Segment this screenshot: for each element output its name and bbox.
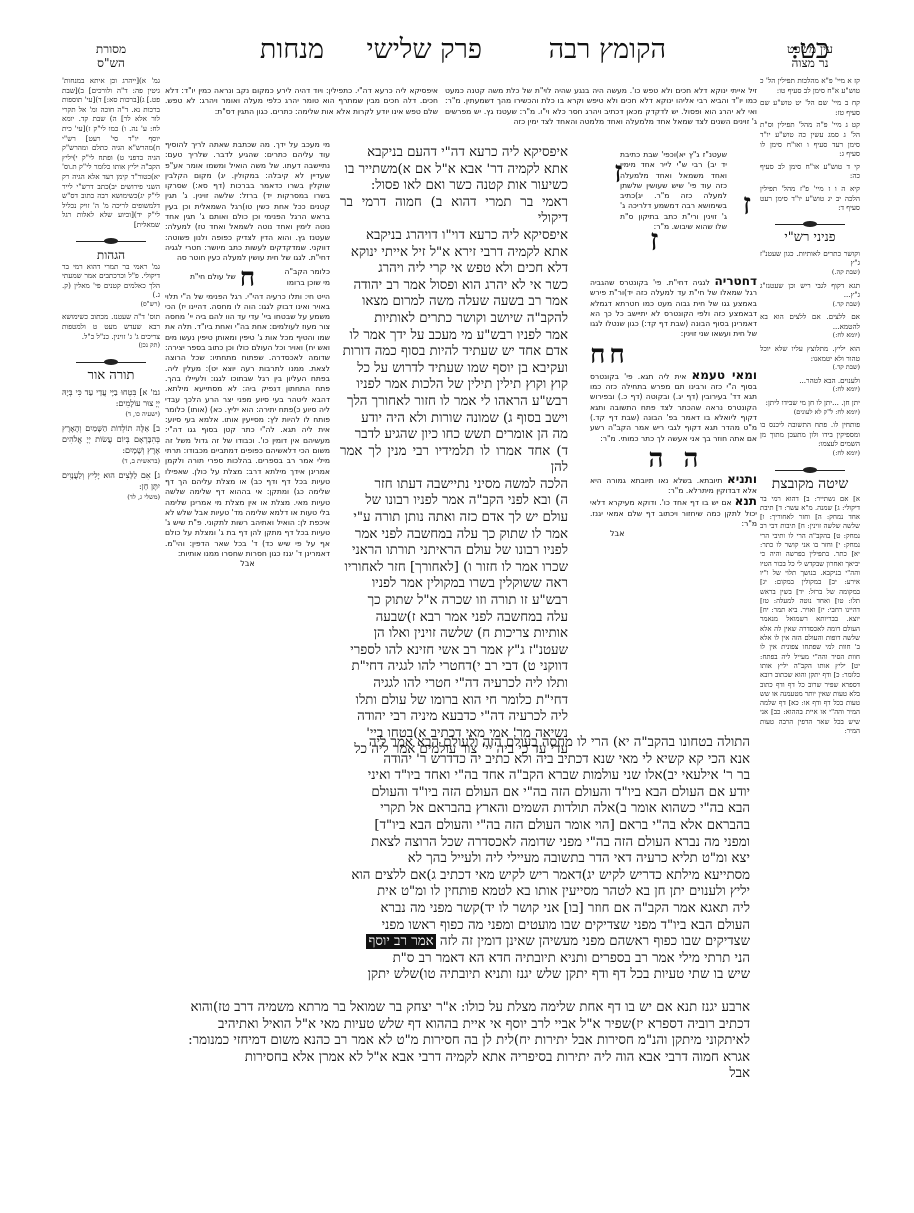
het-figure: כלומר הקב"ה מי שוכן ברומו ח של עולם חי"ת	[165, 265, 330, 291]
pnei-rashi-entries: וקושר כתרים לאותיות. כגון שעטנ"ז ג"ץ(שבת…	[760, 249, 860, 459]
gemara-line: איפסיקא ליה כרעא דוי"ו דויהרג בניקבא	[340, 228, 568, 245]
gemara-line: אמר רב בשעה שעלה משה למרום מצאו	[340, 294, 568, 311]
header-tractate: מנחות	[260, 34, 324, 66]
shita-mekubetzet-title: שיטה מקובצת	[760, 477, 860, 491]
gemara-line: התולה בטחונו בהקב"ה יא) הרי לו מחסה בעול…	[340, 735, 750, 752]
tagin-figures: שעטנ"ז ג"ץ יא)וכפי' שבת כתיבת יד יב) רבי…	[590, 150, 757, 268]
pnei-rashi-title: פניני רש"י	[760, 231, 860, 245]
gemara-bottom-wide: ארבע יגנז תנא אם יש בו דף אחת שלימה מצלת…	[185, 1000, 750, 1083]
hagahot-entry: גמ' ראמי בר תמרי דהוא רמי בר דיקולי. פ"ל…	[62, 262, 160, 310]
rashi-top-text: איפסיקא ליה כרעא דה"י. כתפילין: ויוד דהי…	[165, 86, 438, 117]
ein-mishpat-entry: קז א מיי' פ"א מהלכות תפילין הל' כ טוש"ע …	[760, 76, 860, 95]
gemara-column: איפסיקא ליה כרעא דה"י דהעם בניקבא אתא לק…	[340, 145, 568, 759]
gemara-line: לאיתקוני מיתקן והנ"מ חסירות אבל יתירות י…	[185, 1033, 750, 1050]
rashi-catchword: אבל	[165, 559, 330, 569]
tosafot-dh-2: ומאי טעמא אית ליה תגא. פי' בקונטרס בסוף …	[590, 370, 757, 444]
header-perek: פרק שלישי	[367, 34, 482, 66]
ornament-divider	[775, 467, 845, 473]
gemara-line: אמר לו שתוק כך עלה במחשבה לפני אמר	[340, 527, 568, 544]
gemara-line: רבש"ע זו תורה וזו שכרה א"ל שתוק כך	[340, 593, 568, 610]
tosafot-column: שעטנ"ז ג"ץ יא)וכפי' שבת כתיבת יד יב) רבי…	[590, 150, 757, 540]
hagahot-entries: גמ' ראמי בר תמרי דהוא רמי בר דיקולי. פ"ל…	[62, 262, 160, 351]
zayin-tagin-icon: ז	[743, 192, 751, 218]
gemara-line: איפסיקא ליה כרעא דה"י דהעם בניקבא	[340, 145, 568, 162]
he-letters-figure: ה ה	[590, 446, 757, 472]
gemara-line: כשיעור אות קטנה כשר ואם לאו פסול:	[340, 178, 568, 195]
het-hump-letter-icon: ח	[590, 342, 605, 368]
tosafot-dh-1: דחטריה לגגיה דחי"ת. פי' בקונטרס שהגביה ר…	[590, 276, 757, 340]
gemara-line: רבש"ע הראהו לי אמר לו חזור לאחורך הלך	[340, 394, 568, 411]
pnei-rashi-entry: יתן חן. ...יתן לו חן מי שבידו ליתן:(יומא…	[760, 398, 860, 417]
gemara-line: עולם יש לך אדם כזה ואתה נותן תורה ע"י	[340, 510, 568, 527]
ein-mishpat-entry: קט ג מיי' פ"ה מהל' תפילין וס"ת הל' ג סמג…	[760, 120, 860, 158]
gemara-line: בר ר' אילעאי יב)אלו שני עולמות שברא הקב"…	[340, 768, 750, 785]
torah-or-entry: גמ' א] בִּטְחוּ בַיָּי עֲדֵי עַד כִּי בְ…	[62, 387, 160, 420]
hagahot-title: הגהות	[62, 248, 160, 262]
gemara-catchword: אבל	[185, 1066, 750, 1083]
gemara-line: ארבע יגנז תנא אם יש בו דף אחת שלימה מצלת…	[185, 1000, 750, 1017]
he-crowned-letter-icon: ה	[649, 446, 664, 472]
gemara-line: דחי"ת כלומר חי הוא ברומו של עולם ותלו	[340, 693, 568, 710]
het-letters-figure: ח ח	[590, 342, 757, 368]
gemara-line: ד) אחד אמרו לו תלמידיו רבי מנין לך אמר ל…	[340, 444, 568, 477]
rashi-text-1: מי מעכב על ידך. מה שכתבת שאתה לריך להוסי…	[165, 140, 330, 264]
pnei-rashi-entry: תגא דקוף לגבי ריש וכן שעטנז"ג ג"ץ...(שבת…	[760, 281, 860, 310]
zayin-tagin-icon: ז	[614, 160, 622, 186]
header-chapter-name: הקומץ רבה	[549, 34, 666, 66]
gemara-line: וישב בסוף ג) שמונה שורות ולא היה יודע	[340, 411, 568, 428]
ornament-divider	[76, 359, 146, 365]
het-letter-icon: ח	[240, 265, 255, 291]
gemara-line: דווקני ט) דבי רב י)דחטרי להו לגגיה דחי"ת	[340, 659, 568, 676]
gemara-line: אנא הכי קא קשיא לי מאי שנא דכתיב ביה ולא…	[340, 752, 750, 769]
gemara-line: הלכה למשה מסיני נתיישבה דעתו חזר	[340, 477, 568, 494]
pnei-rashi-entry: הוא יליץ. מתלוצץ עליו שלא יוכל טהור ולא …	[760, 344, 860, 373]
ein-mishpat-entries: קז א מיי' פ"א מהלכות תפילין הל' כ טוש"ע …	[760, 76, 860, 213]
he-letter-icon: ה	[684, 446, 699, 472]
het-letter-icon: ח	[609, 342, 624, 368]
gemara-full-width: התולה בטחונו בהקב"ה יא) הרי לו מחסה בעול…	[340, 735, 750, 984]
gemara-line: בהבראם אלא בה"י בראם [הוי אומר העולם הזה…	[340, 818, 750, 835]
gemara-line: ותלו ליה לכרעיה דה"י חטרי להו לגגיה	[340, 676, 568, 693]
tosafot-dh-3: ותניא תיובתא. בשלא נאו תיובתא גמורה היא …	[590, 474, 757, 497]
highlighted-phrase[interactable]: אמר רב יוסף	[366, 934, 435, 949]
gemara-line: דלא חכים ולא טפש אי קרי ליה ויהרג	[340, 261, 568, 278]
gemara-line: אתא לקמיה דר' אבא א"ל אם א)משתייר בו	[340, 162, 568, 179]
torah-or-entry: ב] אֵלֶּה תוֹלְדוֹת הַשָּׁמַיִם וְהָאָרֶ…	[62, 423, 160, 467]
ornament-divider	[76, 238, 146, 244]
ein-mishpat-entry: קיא ה ו ז מיי' פ"ז מהל' תפילין הלכה יב י…	[760, 184, 860, 213]
gemara-line: עלה במחשבה לפני אמר רבא ז)שבעה	[340, 610, 568, 627]
gemara-line: ועקיבא בן יוסף שמו שעתיד לדרוש על כל	[340, 361, 568, 378]
gemara-line: אתא לקמיה דרבי זירא א"ל זיל אייתי ינוקא	[340, 245, 568, 262]
masoret-hashas-title: מסורת הש"ס	[62, 42, 160, 70]
tosafot-catchword: אבל	[590, 529, 757, 539]
gemara-line: ליה תאגא אמר הקב"ה אם חוזר [בו] אני קושר…	[340, 901, 750, 918]
gemara-line: אגרא חמוה דרבי אבא הוה ליה יתירות בסיפרי…	[185, 1050, 750, 1067]
torah-or-entry: ג] אִם לַלֵּצִים הוּא יָלִיץ וְלַעֲנָוִי…	[62, 470, 160, 503]
pnei-rashi-entry: אם ללצים. אם ללצים הוא בא להטמא...(יומא …	[760, 312, 860, 341]
rashi-column: מי מעכב על ידך. מה שכתבת שאתה לריך להוסי…	[165, 140, 330, 570]
gemara-line: ליה לכרעיה דה"י כדבעא מיניה רבי יהודה	[340, 709, 568, 726]
gemara-line: הני תרתי מילי אמר רב בספרים ותניא תיובתי…	[340, 951, 750, 968]
gemara-line: לפניו רבונו של עולם הראיתני תורתו הראני	[340, 543, 568, 560]
gemara-line: שיש בו שתי טעיות בכל דף ודף יתקן שלש יגנ…	[340, 967, 750, 984]
gemara-line: ראה ששוקלין בשרו במקולין אמר לפניו	[340, 576, 568, 593]
gemara-line: הבא בה"י כשהוא אומר ב)אלה תולדות השמים ו…	[340, 801, 750, 818]
gemara-line: יליץ ולענוים יתן חן בא לטהר מסייעין אותו…	[340, 884, 750, 901]
shita-mekubetzet-text: א] אם נשתייר: ב] דהוא רמי בר דיקולי: ג] …	[760, 495, 860, 737]
right-margin-column: עין משפט נר מצוה קז א מיי' פ"א מהלכות תפ…	[760, 42, 860, 736]
ein-mishpat-title: עין משפט נר מצוה	[760, 42, 860, 70]
gemara-line: אותיות צריכות ח) שלשה זוינין ואלו הן	[340, 626, 568, 643]
torah-or-title: תורה אור	[62, 369, 160, 383]
pnei-rashi-entry: ולענוים. הבא לטהר...(יומא לח:)	[760, 376, 860, 395]
gemara-line: העולם הבא ביו"ד מפני שצדיקים שבו מועטים …	[340, 918, 750, 935]
torah-or-entries: גמ' א] בִּטְחוּ בַיָּי עֲדֵי עַד כִּי בְ…	[62, 387, 160, 503]
rashi-text-2: הייט חי: ותלו כרעיה דהי"י. רגל הפנימי של…	[165, 292, 330, 560]
gemara-line: אמר לפניו רבש"ע מי מעכב על ידך אמר לו	[340, 328, 568, 345]
pnei-rashi-entry: וקושר כתרים לאותיות. כגון שעטנ"ז ג"ץ(שבת…	[760, 249, 860, 278]
tosafot-dh-4: תנא אם יש בו דף אחד כו'. ודוקא מעיקרא דל…	[590, 496, 757, 529]
hagahot-entry: תוס' ד"ה שעטנז. מכתוב כשימושא רבא שעדש מ…	[62, 312, 160, 350]
gemara-line: מה הן אומרים תשש כחו כיון שהגיע לדבר	[340, 427, 568, 444]
tosafot-top-text: זיל אייתי ינוקא דלא חכים ולא טפש כו'. מע…	[445, 86, 757, 127]
gemara-line: להקב"ה שיושב וקושר כתרים לאותיות	[340, 311, 568, 328]
gemara-line: מסתייעא מילתא כדריש לקיש יג)דאמר ריש לקי…	[340, 868, 750, 885]
zayin-tagin-icon: ז	[650, 228, 658, 254]
gemara-line: ה) ובא לפני הקב"ה אמר לפניו רבונו של	[340, 493, 568, 510]
gemara-line: שעטנ"ז ג"ץ אמר רב אשי חזינא להו לספרי	[340, 643, 568, 660]
gemara-line: כשר אי לא יהרג הוא ופסול אמר רב יהודה	[340, 278, 568, 295]
ein-mishpat-entry: קח ב מיי' שם הל' יט טוש"ע שם סעיף טז:	[760, 98, 860, 117]
pnei-rashi-entry: פותחין לו. פתח התשובה ליכנס בו ומספיקין …	[760, 420, 860, 458]
gemara-line: שכרו אמר לו חזור ו) [לאחורך] חזר לאחוריו	[340, 560, 568, 577]
gemara-line: אדם אחד יש שעתיד להיות בסוף כמה דורות	[340, 344, 568, 361]
ein-mishpat-entry: קי ד טוש"ע או"ח סימן לב סעיף כה:	[760, 162, 860, 181]
gemara-line: יודע אם העולם הבא ביו"ד והעולם הזה בה"י …	[340, 785, 750, 802]
gemara-line: דכתיב רוביה דספרא יז)שפיר א"ל אביי לרב י…	[185, 1017, 750, 1034]
masoret-hashas-text: גמ' א)[ייהרג וכן איתא במנחות' גיטין פה: …	[62, 76, 160, 230]
ornament-divider	[775, 221, 845, 227]
left-margin-column: מסורת הש"ס גמ' א)[ייהרג וכן איתא במנחות'…	[62, 42, 160, 506]
gemara-line: שצדיקים שבו כפוף ראשהם מפני מעשיהן שאינן…	[340, 934, 750, 951]
gemara-line: קוץ וקוץ תילין תילין של הלכות אמר לפניו	[340, 377, 568, 394]
gemara-line: ומפני מה נברא העולם הזה בה"י מפני שדומה …	[340, 835, 750, 852]
gemara-line: יצא ומ"ט תליא כרעיה דאי הדר בתשובה מעייל…	[340, 851, 750, 868]
gemara-line: ראמי בר תמרי דהוא ב) חמוה דרמי בר דיקולי	[340, 195, 568, 228]
